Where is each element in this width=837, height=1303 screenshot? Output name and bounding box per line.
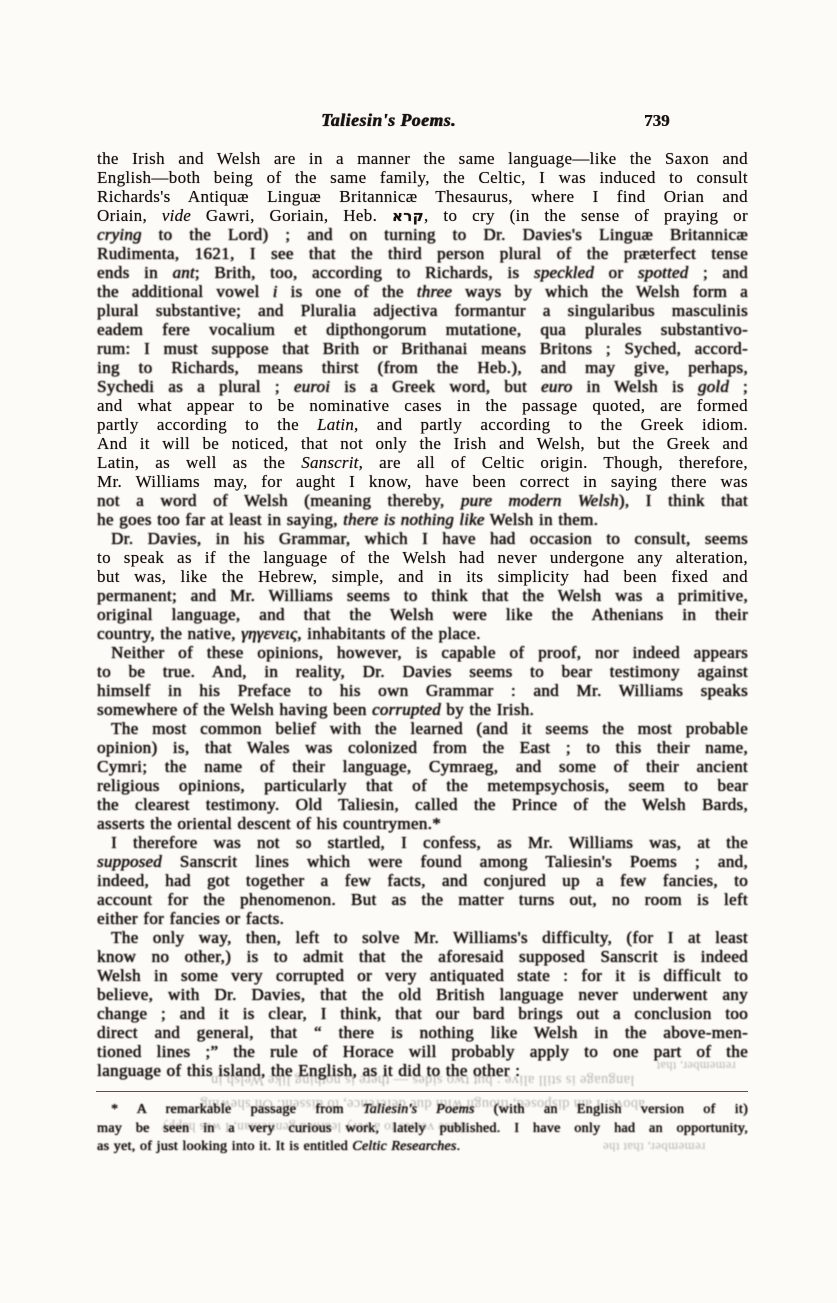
text-line: eadem fere vocalium et dipthongorum muta… — [97, 320, 748, 339]
text-line: Welsh in some very corrupted or very ant… — [97, 966, 748, 985]
text-line: somewhere of the Welsh having been corru… — [97, 700, 748, 719]
text-line: partly according to the Latin, and partl… — [97, 415, 748, 434]
footnote-rule — [96, 1091, 748, 1092]
text-line: supposed Sanscrit lines which were found… — [97, 852, 748, 871]
text-line: may be seen in a very curious work, late… — [97, 1120, 748, 1139]
text-line: original language, and that the Welsh we… — [97, 605, 748, 624]
show-through-above-rule: language is still alive ; but two sides … — [99, 1071, 746, 1088]
text-line: Dr. Davies, in his Grammar, which I have… — [97, 529, 748, 548]
paragraph: The most common belief with the learned … — [97, 719, 748, 833]
text-line: he goes too far at least in saying, ther… — [97, 510, 748, 529]
text-line: plural substantive; and Pluralia adjecti… — [97, 301, 748, 320]
text-line: either for fancies or facts. — [97, 909, 748, 928]
text-line: to be true. And, in reality, Dr. Davies … — [97, 662, 748, 681]
text-line: crying to the Lord) ; and on turning to … — [97, 225, 748, 244]
text-line: Latin, as well as the Sanscrit, are all … — [97, 453, 748, 472]
paragraph: Neither of these opinions, however, is c… — [97, 643, 748, 719]
text-line: asserts the oriental descent of his coun… — [97, 814, 748, 833]
text-line: religious opinions, particularly that of… — [97, 776, 748, 795]
text-line: Mr. Williams may, for aught I know, have… — [97, 472, 748, 491]
text-line: And it will be noticed, that not only th… — [97, 434, 748, 453]
text-line: but was, like the Hebrew, simple, and in… — [97, 567, 748, 586]
page-header: Taliesin's Poems. 739 — [95, 110, 748, 136]
text-line: English—both being of the same family, t… — [97, 168, 748, 187]
text-line: change ; and it is clear, I think, that … — [97, 1004, 748, 1023]
text-line: Richards's Antiquæ Linguæ Britannicæ The… — [97, 187, 748, 206]
body-text: the Irish and Welsh are in a manner the … — [97, 149, 748, 1080]
text-line: to speak as if the language of the Welsh… — [97, 548, 748, 567]
text-line: The only way, then, left to solve Mr. Wi… — [97, 928, 748, 947]
book-page: Taliesin's Poems. 739 the Irish and Wels… — [0, 0, 837, 1303]
text-line: know no other,) is to admit that the afo… — [97, 947, 748, 966]
text-line: account for the phenomenon. But as the m… — [97, 890, 748, 909]
text-line: rum: I must suppose that Brith or Britha… — [97, 339, 748, 358]
text-line: the additional vowel i is one of the thr… — [97, 282, 748, 301]
text-line: Rudimenta, 1621, I see that the third pe… — [97, 244, 748, 263]
text-line: country, the native, γηγενεις, inhabitan… — [97, 624, 748, 643]
paragraph: Dr. Davies, in his Grammar, which I have… — [97, 529, 748, 643]
text-line: the Irish and Welsh are in a manner the … — [97, 149, 748, 168]
text-line: Cymri; the name of their language, Cymra… — [97, 757, 748, 776]
text-line: ing to Richards, means thirst (from the … — [97, 358, 748, 377]
text-line: * A remarkable passage from Taliesin's P… — [97, 1101, 748, 1120]
text-line: ends in ant; Brith, too, according to Ri… — [97, 263, 748, 282]
page-number: 739 — [644, 111, 670, 131]
text-line: opinion) is, that Wales was colonized fr… — [97, 738, 748, 757]
text-line: the clearest testimony. Old Taliesin, ca… — [97, 795, 748, 814]
running-title: Taliesin's Poems. — [321, 110, 456, 131]
text-line: and what appear to be nominative cases i… — [97, 396, 748, 415]
text-line: Neither of these opinions, however, is c… — [97, 643, 748, 662]
paragraph: the Irish and Welsh are in a manner the … — [97, 149, 748, 529]
paragraph: I therefore was not so startled, I confe… — [97, 833, 748, 928]
text-line: Sychedi as a plural ; euroi is a Greek w… — [97, 377, 748, 396]
text-line: permanent; and Mr. Williams seems to thi… — [97, 586, 748, 605]
text-line: Oriain, vide Gawri, Goriain, Heb. קרא, t… — [97, 206, 748, 225]
text-line: indeed, had got together a few facts, an… — [97, 871, 748, 890]
text-line: not a word of Welsh (meaning thereby, pu… — [97, 491, 748, 510]
text-line: The most common belief with the learned … — [97, 719, 748, 738]
text-line: himself in his Preface to his own Gramma… — [97, 681, 748, 700]
text-line: believe, with Dr. Davies, that the old B… — [97, 985, 748, 1004]
footnote: * A remarkable passage from Taliesin's P… — [97, 1101, 748, 1157]
text-line: as yet, of just looking into it. It is e… — [97, 1138, 748, 1157]
text-line: direct and general, that “ there is noth… — [97, 1023, 748, 1042]
text-line: I therefore was not so startled, I confe… — [97, 833, 748, 852]
